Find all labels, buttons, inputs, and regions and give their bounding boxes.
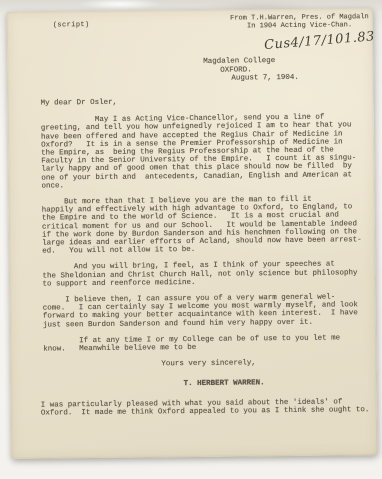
paragraph-2: But more than that I believe you are the… [42, 195, 379, 256]
paragraph-1: May I as Acting Vice-Chancellor, send yo… [41, 113, 378, 190]
complimentary-closing: Yours very sincerely, [161, 358, 379, 368]
provenance-note: From T.H.Warren, Pres. of Magdaln In 190… [230, 13, 369, 31]
text-line: ed. You will not allow it to be. [42, 244, 378, 256]
handwritten-archive-reference: Cus4/17/101.83 [264, 29, 376, 53]
scan-background: (script) From T.H.Warren, Pres. of Magda… [0, 0, 382, 479]
letterhead-date: August 7, 1904. [231, 74, 299, 83]
salutation: My dear Dr Osler, [41, 96, 377, 108]
paragraph-4: I believe then, I can assure you of a ve… [43, 293, 379, 329]
letter-body: My dear Dr Osler, May I as Acting Vice-C… [41, 96, 380, 418]
provenance-line-2: In 1904 Acting Vice-Chan. [230, 22, 369, 32]
paragraph-5: If at any time I or my College can be of… [43, 334, 379, 354]
signature: T. HERBERT WARREN. [184, 379, 380, 389]
script-annotation: (script) [53, 21, 90, 29]
postscript: I was particularly pleased with what you… [41, 398, 380, 418]
paragraph-3: And you will bring, I feel, as I think o… [42, 261, 378, 289]
letter-paper: (script) From T.H.Warren, Pres. of Magda… [7, 8, 378, 459]
letterhead: Magdalen College OXFORD. August 7, 1904. [203, 57, 299, 84]
